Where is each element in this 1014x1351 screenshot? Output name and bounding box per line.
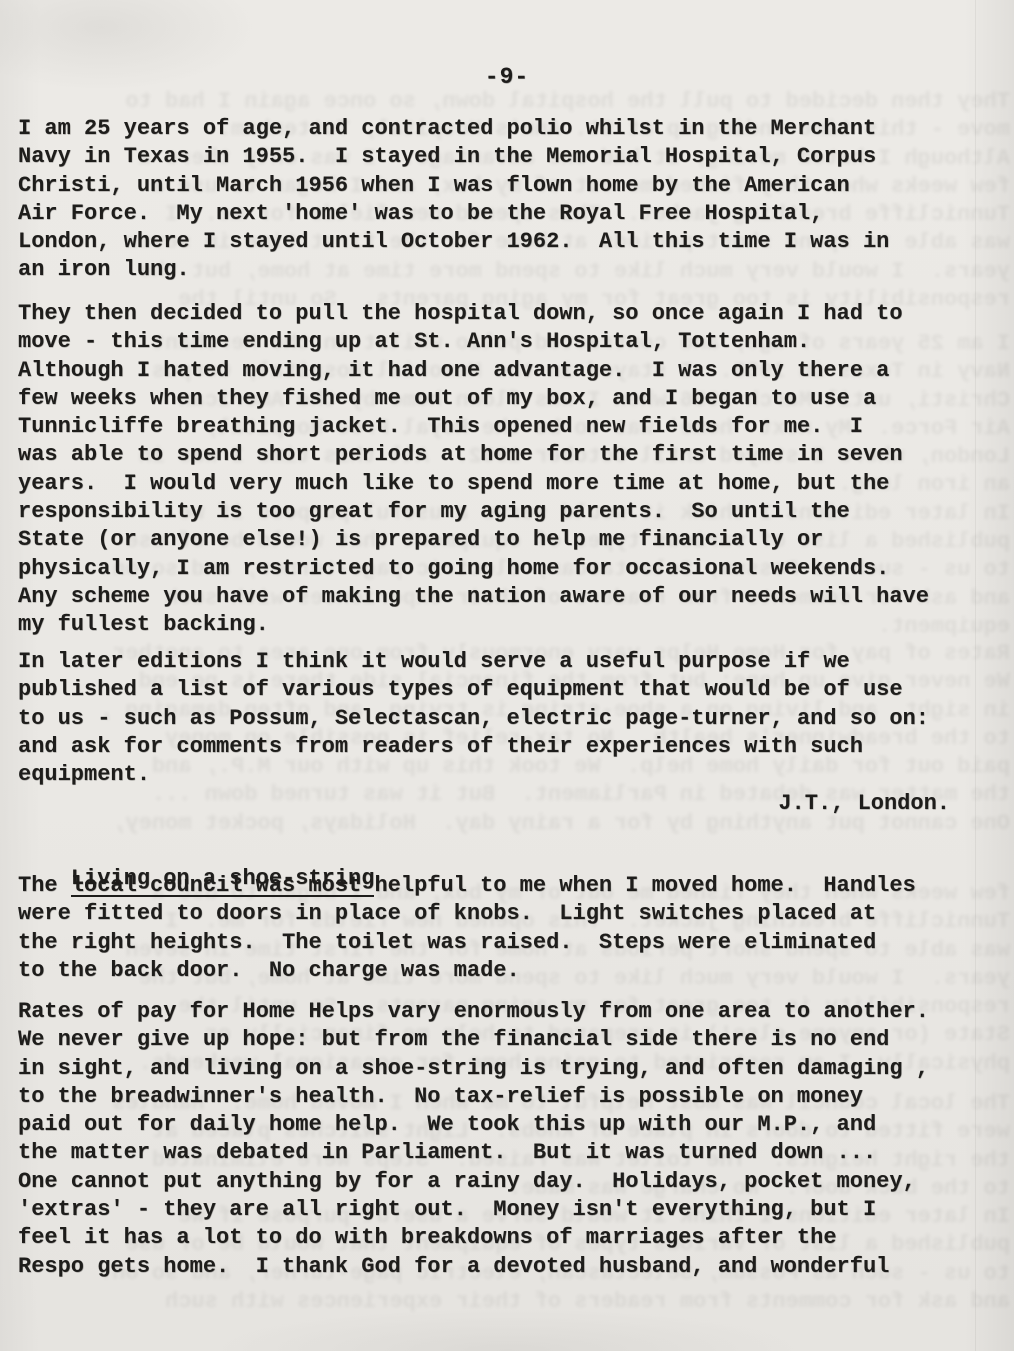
polio-letter-paragraph-3: In later editions I think it would serve… [18,648,929,789]
polio-letter-paragraph-2: They then decided to pull the hospital d… [18,300,929,640]
shoestring-paragraph-1: The local council was most helpful to me… [18,872,916,985]
shoestring-paragraph-2: Rates of pay for Home Helps vary enormou… [18,998,929,1281]
scanned-document-page: They then decided to pull the hospital d… [0,0,1014,1351]
letter-signature: J.T., London. [18,790,950,818]
polio-letter-paragraph-1: I am 25 years of age, and contracted pol… [18,115,889,285]
page-number: -9- [0,64,1014,90]
